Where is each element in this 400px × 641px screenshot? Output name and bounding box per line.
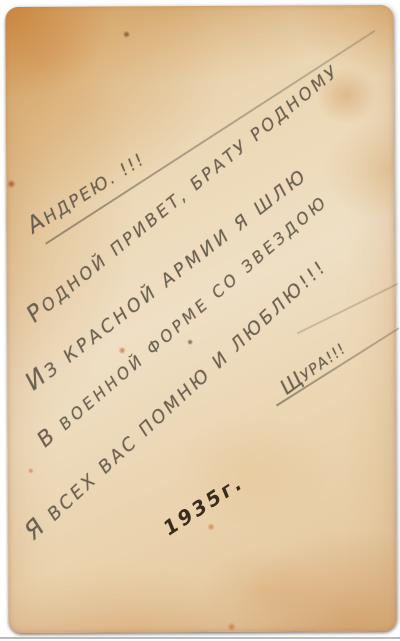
scan-edge-line <box>0 637 400 639</box>
handwriting-date: 1935г. <box>160 471 248 538</box>
paper-crease-line <box>297 283 398 334</box>
postcard-back: Андрею. !!! Родной привет, брату родному… <box>5 5 396 633</box>
handwriting-message-line-3: В военной форме со звездою <box>35 188 331 453</box>
scanned-photo-back: Андрею. !!! Родной привет, брату родному… <box>0 0 400 641</box>
handwriting-signature: Щура!!! <box>278 336 348 399</box>
